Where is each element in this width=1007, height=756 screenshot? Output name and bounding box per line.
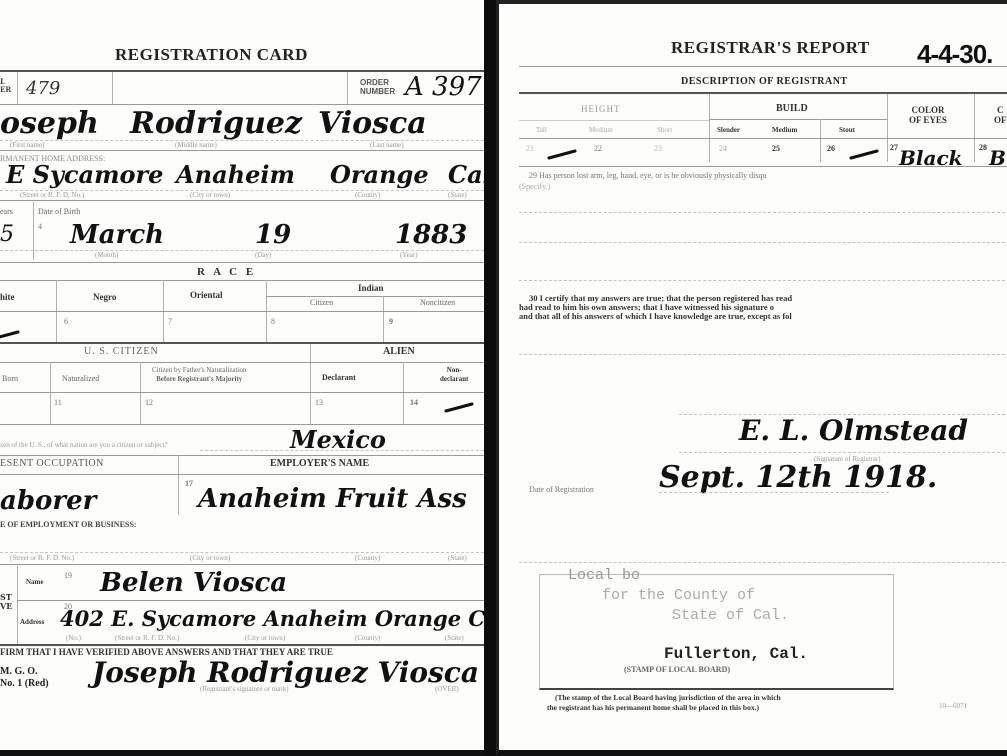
divider <box>347 72 348 104</box>
street-caption: (Street or R. F. D. No.) <box>20 191 84 199</box>
dotted-line <box>0 140 484 141</box>
relative-name-label: Name <box>26 578 44 586</box>
cert-line: and that all of his answers of which I h… <box>519 312 792 321</box>
dob-day: 19 <box>255 220 291 250</box>
relative-address-label: Address <box>20 618 44 626</box>
alien-heading: ALIEN <box>383 346 415 357</box>
field-number: 23 <box>654 144 662 153</box>
divider <box>50 362 51 424</box>
year-caption: (Year) <box>400 251 418 259</box>
dotted-line <box>519 242 1007 243</box>
dotted-line <box>659 492 889 493</box>
first-name-caption: (First name) <box>10 141 44 149</box>
race-col-white: hite <box>0 292 15 302</box>
race-col-negro: Negro <box>93 292 116 302</box>
caption: (County) <box>355 554 380 562</box>
divider <box>0 644 484 646</box>
note-line: the registrant has his permanent home sh… <box>547 703 781 713</box>
dotted-line <box>519 280 1007 281</box>
caption: (State) <box>448 554 467 562</box>
field-number: 22 <box>594 144 602 153</box>
field-number: 24 <box>719 144 727 153</box>
divider <box>0 311 484 312</box>
registration-card: REGISTRATION CARD LER 479 ORDER NUMBER A… <box>0 0 484 756</box>
divider <box>0 564 484 565</box>
label-line: Non- <box>440 366 468 375</box>
age-label: ears <box>0 207 13 216</box>
divider <box>0 150 484 151</box>
dob-label: Date of Birth <box>38 207 80 216</box>
certification-text: 30 I certify that my answers are true; t… <box>529 294 792 321</box>
field-number: 9 <box>389 317 393 326</box>
registration-date: Sept. 12th 1918. <box>659 460 937 495</box>
month-caption: (Month) <box>95 251 118 259</box>
divider <box>0 362 484 363</box>
dotted-line <box>0 552 484 553</box>
height-col-tall: Tall <box>536 126 547 134</box>
divider <box>709 94 710 162</box>
citizen-col-naturalized: Naturalized <box>62 374 99 383</box>
divider <box>0 280 484 281</box>
dotted-line <box>519 354 1007 355</box>
nearest-relative-label: STVE <box>0 593 12 611</box>
field-number: 27 <box>890 143 898 152</box>
divider <box>383 296 384 342</box>
field-number: 8 <box>271 317 275 326</box>
dotted-line <box>519 212 1007 213</box>
address-city: Anaheim <box>176 160 295 189</box>
dotted-line <box>679 452 1007 453</box>
race-col-oriental: Oriental <box>190 290 223 300</box>
nation-question: zen of the U. S., of what nation are you… <box>0 441 168 449</box>
divider <box>0 104 484 105</box>
relative-name: Belen Viosca <box>100 568 287 598</box>
nondeclarant-checkmark-icon <box>444 402 480 412</box>
race-heading: R A C E <box>197 266 256 278</box>
stamp-caption: (STAMP OF LOCAL BOARD) <box>624 665 730 674</box>
divider <box>310 344 311 424</box>
divider <box>820 119 821 162</box>
field-number: 6 <box>64 317 68 326</box>
divider <box>519 120 709 121</box>
occupation-value: aborer <box>0 486 96 516</box>
eyes-heading: COLOR OF EYES <box>909 105 947 125</box>
label-line: Before Registrant's Majority <box>152 375 246 384</box>
label-line: OF <box>994 115 1007 125</box>
divider <box>403 362 404 424</box>
question-29: 29 Has person lost arm, leg, hand, eye, … <box>529 171 767 180</box>
dob-month: March <box>70 220 164 250</box>
label-line: Citizen by Father's Naturalization <box>152 366 246 375</box>
caption: (No.) <box>66 634 81 642</box>
field-number: 28 <box>979 143 987 152</box>
caption: (State) <box>445 634 464 642</box>
form-id-line: M. G. O. <box>0 666 49 678</box>
race-col-indian-noncitizen: Noncitizen <box>420 298 455 307</box>
field-number: 11 <box>54 398 62 407</box>
divider <box>519 92 1007 94</box>
registrar-signature: E. L. Olmstead <box>739 414 968 447</box>
dob-year: 1883 <box>395 220 467 250</box>
divider <box>0 424 484 425</box>
report-subtitle: DESCRIPTION OF REGISTRANT <box>681 76 848 87</box>
divider <box>519 138 1007 139</box>
field-number: 14 <box>410 398 418 407</box>
relative-address: 402 E. Sycamore Anaheim Orange Cal <box>60 606 484 631</box>
report-title: REGISTRAR'S REPORT <box>671 38 870 58</box>
order-number-label: ORDER NUMBER <box>360 78 395 96</box>
caption: (City or town) <box>190 554 230 562</box>
caption: (Street or R. F. D. No.) <box>115 634 179 642</box>
city-caption: (City or town) <box>190 191 230 199</box>
divider <box>17 566 18 646</box>
hair-heading: C OF <box>994 105 1007 125</box>
place-of-employment-label: E OF EMPLOYMENT OR BUSINESS: <box>0 520 136 529</box>
white-checkmark-icon <box>0 330 26 340</box>
divider <box>519 66 1007 67</box>
registrars-report-card: REGISTRAR'S REPORT 4-4-30. DESCRIPTION O… <box>496 0 1007 756</box>
dob-field-number: 4 <box>38 222 42 231</box>
address-state: Cal <box>448 160 484 189</box>
divider <box>887 94 888 162</box>
field-number: 26 <box>827 144 835 153</box>
race-col-indian: Indian <box>358 283 384 293</box>
order-number: A 397 <box>405 72 482 102</box>
field-number: 19 <box>64 571 72 580</box>
order-label-line: NUMBER <box>360 87 395 96</box>
day-caption: (Day) <box>255 251 271 259</box>
us-citizen-heading: U. S. CITIZEN <box>84 346 159 357</box>
caption: (County) <box>355 634 380 642</box>
stamp-line-1: Local bo <box>568 567 640 584</box>
stout-checkmark-icon <box>849 149 885 159</box>
address-county: Orange <box>330 160 429 189</box>
employer-value: Anaheim Fruit Ass <box>198 484 467 514</box>
divider <box>519 166 1007 167</box>
citizen-col-father: Citizen by Father's Naturalization Befor… <box>152 366 246 384</box>
address-street: E Sycamore <box>6 160 163 189</box>
citizen-col-born: Born <box>2 374 18 383</box>
field-number: 7 <box>168 317 172 326</box>
height-col-short: Short <box>657 126 672 134</box>
field-number: 21 <box>526 144 534 153</box>
build-col-stout: Stout <box>839 126 855 134</box>
tall-checkmark-icon <box>547 149 583 159</box>
field-number: 12 <box>145 398 153 407</box>
signature-caption: (Registrant's signature or mark) <box>200 685 289 693</box>
last-name: Viosca <box>318 106 427 141</box>
first-name: oseph <box>0 106 99 141</box>
height-col-medium: Medium <box>589 126 613 134</box>
form-id: M. G. O. No. 1 (Red) <box>0 666 49 690</box>
label-line: COLOR <box>909 105 947 115</box>
caption: (Street or R. F. D. No.) <box>10 554 74 562</box>
build-heading: BUILD <box>776 103 808 114</box>
build-col-medium: Medium <box>772 126 797 134</box>
label-line: OF EYES <box>909 115 947 125</box>
stamp-city: Fullerton, Cal. <box>664 645 808 663</box>
divider <box>178 455 179 515</box>
stamp-line-2: for the County of <box>602 587 755 604</box>
note-line: (The stamp of the Local Board having jur… <box>547 693 781 703</box>
alien-col-declarant: Declarant <box>322 373 356 382</box>
caption: (City or town) <box>245 634 285 642</box>
divider <box>266 296 484 297</box>
stamp-instructions: (The stamp of the Local Board having jur… <box>547 693 781 713</box>
over-note: (OVER) <box>435 685 459 693</box>
question-29-specify: (Specify.) <box>519 182 550 191</box>
occupation-heading: ESENT OCCUPATION <box>0 458 104 469</box>
last-name-caption: (Last name) <box>370 141 404 149</box>
card-title: REGISTRATION CARD <box>115 45 308 65</box>
label-line: C <box>994 105 1007 115</box>
race-col-indian-citizen: Citizen <box>310 298 333 307</box>
form-code: 10—6071 <box>939 702 967 710</box>
stamp-line-3: State of Cal. <box>672 607 789 624</box>
divider <box>17 600 484 601</box>
middle-name-caption: (Middle name) <box>175 141 217 149</box>
build-col-slender: Slender <box>717 126 740 134</box>
dotted-line <box>519 562 1007 563</box>
age-value: 5 <box>0 222 14 247</box>
height-heading: HEIGHT <box>581 104 621 114</box>
card-separator <box>484 0 496 756</box>
divider <box>0 342 484 344</box>
order-label-line: ORDER <box>360 78 395 87</box>
dotted-line <box>200 450 484 451</box>
divider <box>0 455 484 456</box>
form-id-line: No. 1 (Red) <box>0 678 49 690</box>
divider <box>33 202 34 260</box>
divider <box>140 362 141 424</box>
serial-number: 479 <box>26 78 60 99</box>
alien-col-nondeclarant: Non- declarant <box>440 366 468 384</box>
field-number: 25 <box>772 144 780 153</box>
label-line: declarant <box>440 375 468 384</box>
date-of-registration-label: Date of Registration <box>529 485 594 494</box>
divider <box>0 392 484 393</box>
divider <box>0 200 484 201</box>
serial-label: LER <box>0 78 11 94</box>
field-number: 17 <box>185 479 193 488</box>
divider <box>17 72 18 104</box>
divider <box>709 119 887 120</box>
divider <box>974 94 975 162</box>
local-board-stamp-box: Local bo for the County of State of Cal.… <box>539 574 894 690</box>
divider <box>112 72 113 104</box>
county-caption: (County) <box>355 191 380 199</box>
state-caption: (State) <box>448 191 467 199</box>
middle-name: Rodriguez <box>130 106 302 141</box>
divider <box>0 474 484 475</box>
divider <box>0 262 484 263</box>
employer-heading: EMPLOYER'S NAME <box>270 458 369 469</box>
field-number: 13 <box>315 398 323 407</box>
